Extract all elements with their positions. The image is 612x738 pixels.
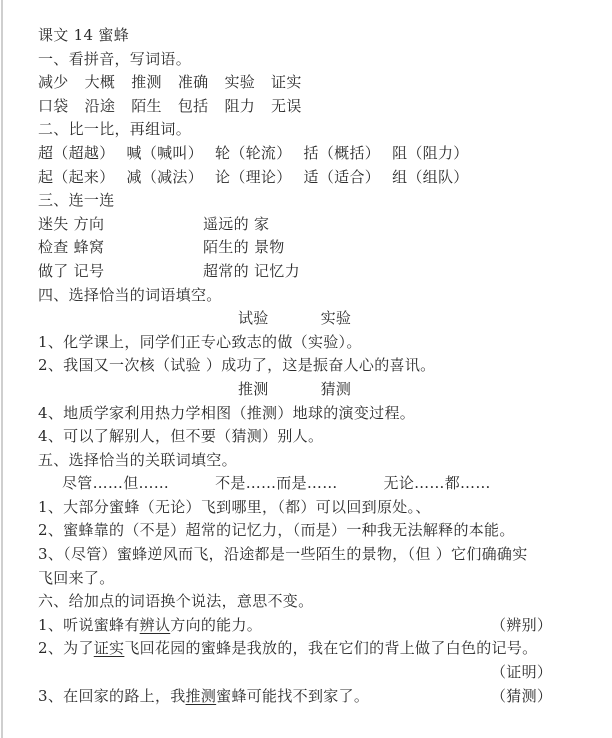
question-text: 蜜蜂可能找不到家了。 — [216, 687, 369, 705]
word: 口袋 — [38, 95, 69, 119]
word-pair: 起（起来） — [38, 166, 115, 190]
section1-heading: 一、看拼音，写词语。 — [38, 48, 598, 72]
question: 1、大部分蜜蜂（无论）飞到哪里，（都）可以回到原处。、 — [38, 496, 598, 520]
word-choices: 试验实验 — [38, 307, 598, 331]
word-pair: 括（概括） — [304, 142, 381, 166]
choice-word: 实验 — [321, 307, 352, 331]
match-row: 检查 蜂窝 陌生的 景物 — [38, 236, 598, 260]
choice-word: 推测 — [238, 378, 269, 402]
match-right: 陌生的 景物 — [203, 236, 285, 260]
word: 大概 — [85, 71, 116, 95]
page-left-border — [1, 0, 3, 738]
word: 包括 — [178, 95, 209, 119]
question-continued: 飞回来了。 — [38, 567, 598, 591]
answer-line: （证明） — [38, 661, 598, 685]
word-pair: 喊（喊叫） — [127, 142, 204, 166]
word-pair: 阻（阻力） — [392, 142, 469, 166]
word-pair: 论（理论） — [215, 166, 292, 190]
answer: （猜测） — [491, 685, 552, 709]
question-text: 方向的能力。 — [170, 616, 262, 634]
section1-row1: 减少大概推测准确实验证实 — [38, 71, 598, 95]
match-right: 遥远的 家 — [203, 213, 269, 237]
word: 阻力 — [224, 95, 255, 119]
word-choices: 推测猜测 — [38, 378, 598, 402]
conjunction-choices: 尽管……但……不是……而是……无论……都…… — [38, 472, 598, 496]
word: 减少 — [38, 71, 69, 95]
answer: （证明） — [491, 661, 552, 685]
word: 沿途 — [85, 95, 116, 119]
word: 实验 — [224, 71, 255, 95]
match-right: 超常的 记忆力 — [203, 260, 300, 284]
match-left: 检查 蜂窝 — [38, 236, 203, 260]
question-text: 2、为了 — [38, 639, 94, 657]
question: 4、可以了解别人，但不要（猜测）别人。 — [38, 425, 598, 449]
word-pair: 组（组队） — [392, 166, 469, 190]
worksheet: 课文 14 蜜蜂 一、看拼音，写词语。 减少大概推测准确实验证实 口袋沿途陌生包… — [38, 24, 598, 708]
conjunction: 不是……而是…… — [215, 472, 337, 496]
section3-heading: 三、连一连 — [38, 189, 598, 213]
word-pair: 超（超越） — [38, 142, 115, 166]
question-text: 1、听说蜜蜂有 — [38, 616, 140, 634]
question: 3、（尽管）蜜蜂逆风而飞，沿途都是一些陌生的景物，（但 ）它们确确实 — [38, 543, 598, 567]
word: 陌生 — [131, 95, 162, 119]
word: 推测 — [131, 71, 162, 95]
question: 1、化学课上，同学们正专心致志的做（实验）。 — [38, 331, 598, 355]
question: 2、蜜蜂靠的（不是）超常的记忆力，（而是）一种我无法解释的本能。 — [38, 519, 598, 543]
question: 2、我国又一次核（试验 ）成功了，这是振奋人心的喜讯。 — [38, 354, 598, 378]
question: 3、在回家的路上，我推测蜜蜂可能找不到家了。 （猜测） — [38, 685, 598, 709]
answer: （辨别） — [491, 614, 552, 638]
section2-heading: 二、比一比，再组词。 — [38, 118, 598, 142]
question-text: 飞回花园的蜜蜂是我放的，我在它们的背上做了白色的记号。 — [124, 639, 537, 657]
match-left: 迷失 方向 — [38, 213, 203, 237]
question: 2、为了证实飞回花园的蜜蜂是我放的，我在它们的背上做了白色的记号。 — [38, 637, 598, 661]
word-pair: 适（适合） — [304, 166, 381, 190]
question: 1、听说蜜蜂有辨认方向的能力。 （辨别） — [38, 614, 598, 638]
section6-heading: 六、给加点的词语换个说法，意思不变。 — [38, 590, 598, 614]
word: 证实 — [271, 71, 302, 95]
question-text: 3、在回家的路上，我 — [38, 687, 186, 705]
section2-row1: 超（超越）喊（喊叫）轮（轮流）括（概括）阻（阻力） — [38, 142, 598, 166]
question: 4、地质学家利用热力学相图（推测）地球的演变过程。 — [38, 402, 598, 426]
section4-heading: 四、选择恰当的词语填空。 — [38, 284, 598, 308]
section1-row2: 口袋沿途陌生包括阻力无误 — [38, 95, 598, 119]
lesson-title: 课文 14 蜜蜂 — [38, 24, 598, 48]
section5-heading: 五、选择恰当的关联词填空。 — [38, 449, 598, 473]
conjunction: 无论……都…… — [384, 472, 491, 496]
word-pair: 轮（轮流） — [215, 142, 292, 166]
word: 无误 — [271, 95, 302, 119]
word: 准确 — [178, 71, 209, 95]
conjunction: 尽管……但…… — [62, 472, 169, 496]
dotted-word: 辨认 — [140, 616, 171, 634]
match-left: 做了 记号 — [38, 260, 203, 284]
match-row: 迷失 方向 遥远的 家 — [38, 213, 598, 237]
match-row: 做了 记号 超常的 记忆力 — [38, 260, 598, 284]
choice-word: 试验 — [238, 307, 269, 331]
choice-word: 猜测 — [321, 378, 352, 402]
dotted-word: 推测 — [186, 687, 217, 705]
word-pair: 减（减法） — [127, 166, 204, 190]
dotted-word: 证实 — [94, 639, 125, 657]
section2-row2: 起（起来）减（减法）论（理论）适（适合）组（组队） — [38, 166, 598, 190]
